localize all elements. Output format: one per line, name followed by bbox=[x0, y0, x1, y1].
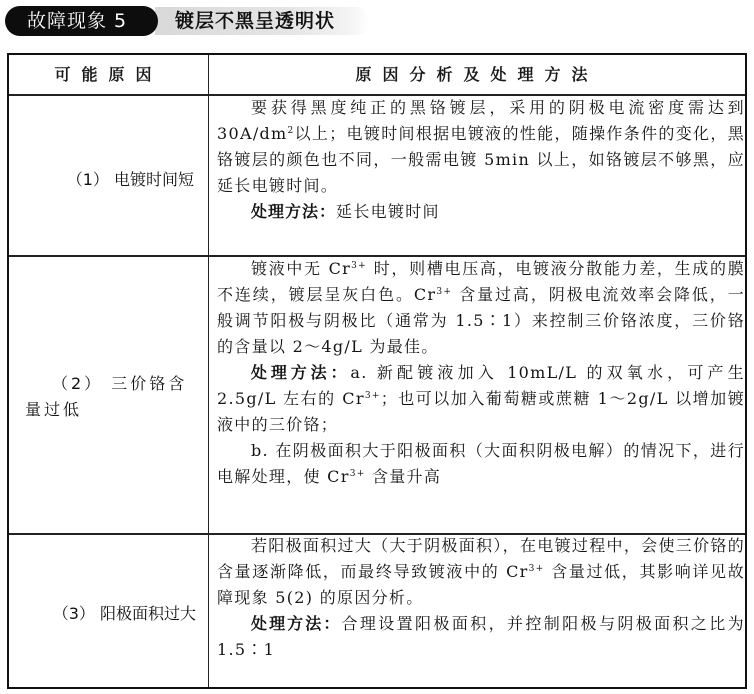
method-paragraph: 处理方法：延长电镀时间 bbox=[217, 199, 745, 225]
column-divider bbox=[208, 55, 209, 687]
header-cause: 可能原因 bbox=[9, 55, 208, 95]
cause-cell: （1） 电镀时间短 bbox=[9, 167, 208, 193]
method-paragraph: 处理方法：合理设置阳极面积，并控制阳极与阴极面积之比为 1.5∶1 bbox=[217, 611, 745, 663]
analysis-cell: 若阳极面积过大（大于阴极面积），在电镀过程中，会使三价铬的含量逐渐降低，而最终导… bbox=[217, 533, 745, 663]
cause-cell: （2） 三价铬含量过低 bbox=[9, 371, 208, 423]
header-analysis: 原因分析及处理方法 bbox=[209, 55, 745, 95]
method-paragraph: b. 在阴极面积大于阳极面积（大面积阴极电解）的情况下，进行电解处理，使 Cr3… bbox=[217, 438, 745, 490]
analysis-cell: 要获得黑度纯正的黑铬镀层，采用的阴极电流密度需达到 30A/dm2以上；电镀时间… bbox=[217, 95, 745, 225]
section-title: 镀层不黑呈透明状 故障现象 5 bbox=[5, 6, 405, 36]
analysis-paragraph: 镀液中无 Cr3+ 时，则槽电压高，电镀液分散能力差，生成的膜不连续，镀层呈灰白… bbox=[217, 256, 745, 360]
method-paragraph: 处理方法：a. 新配镀液加入 10mL/L 的双氧水，可产生 2.5g/L 左右… bbox=[217, 360, 745, 438]
troubleshooting-table: 可能原因 原因分析及处理方法 （1） 电镀时间短 要获得黑度纯正的黑铬镀层，采用… bbox=[7, 53, 747, 689]
method-label: 处理方法： bbox=[251, 363, 350, 382]
analysis-cell: 镀液中无 Cr3+ 时，则槽电压高，电镀液分散能力差，生成的膜不连续，镀层呈灰白… bbox=[217, 256, 745, 490]
method-label: 处理方法： bbox=[251, 202, 336, 221]
analysis-paragraph: 若阳极面积过大（大于阴极面积），在电镀过程中，会使三价铬的含量逐渐降低，而最终导… bbox=[217, 533, 745, 611]
cause-cell: （3） 阳极面积过大 bbox=[9, 601, 208, 627]
fault-badge: 故障现象 5 bbox=[5, 6, 158, 36]
method-label: 处理方法： bbox=[251, 614, 341, 633]
fault-heading: 镀层不黑呈透明状 bbox=[155, 7, 370, 35]
analysis-paragraph: 要获得黑度纯正的黑铬镀层，采用的阴极电流密度需达到 30A/dm2以上；电镀时间… bbox=[217, 95, 745, 199]
